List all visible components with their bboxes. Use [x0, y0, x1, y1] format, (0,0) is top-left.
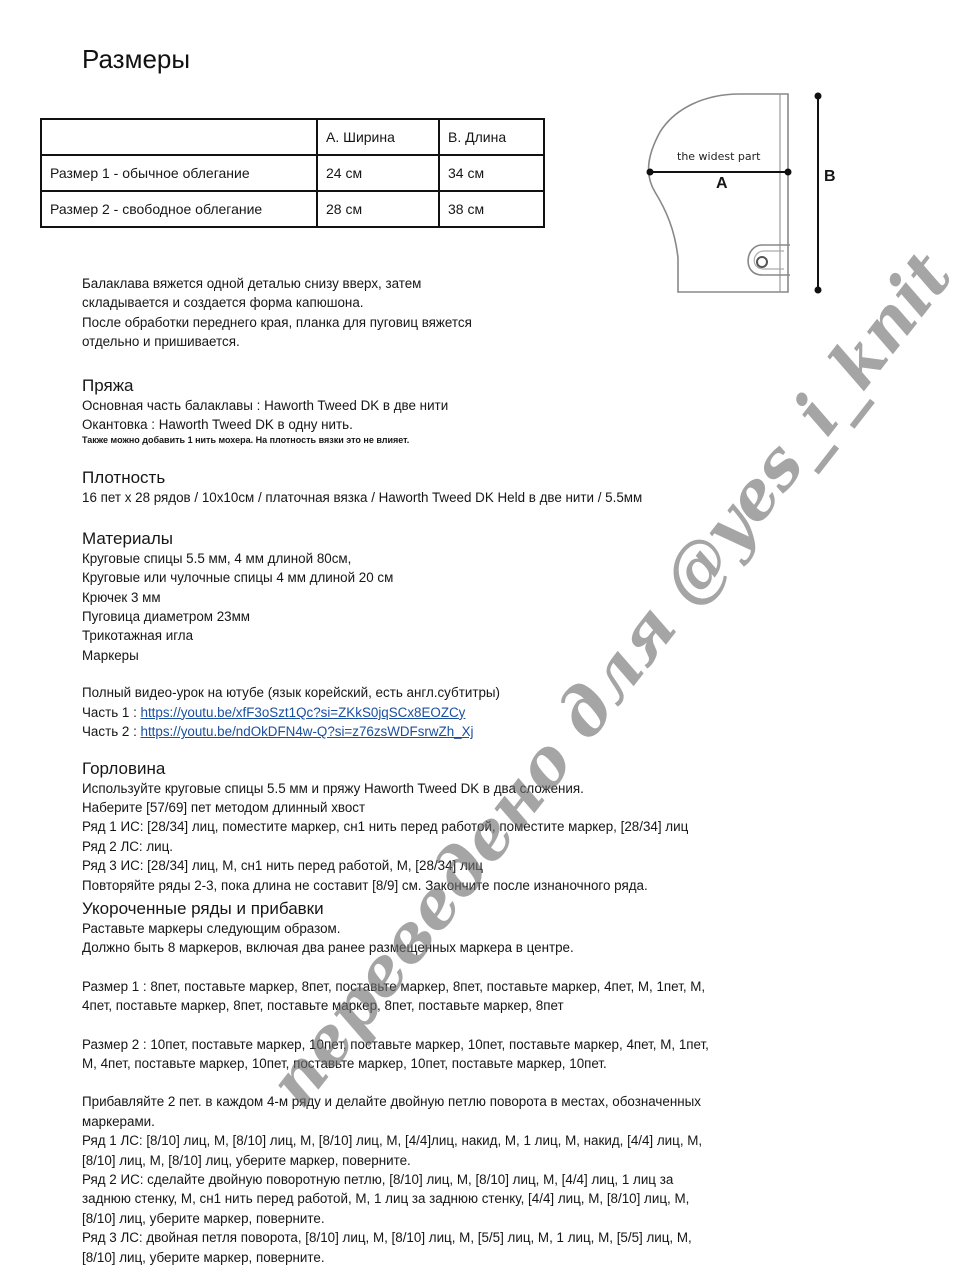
neck-line: Ряд 3 ИС: [28/34] лиц, М, сн1 нить перед… — [82, 856, 862, 875]
table-cell: Размер 1 - обычное облегание — [41, 155, 317, 191]
row-instruction: [8/10] лиц, уберите маркер, поверните. — [82, 1209, 862, 1228]
table-cell: Размер 2 - свободное облегание — [41, 191, 317, 227]
short-rows-intro: Должно быть 8 маркеров, включая два ране… — [82, 938, 862, 957]
row-instruction: маркерами. — [82, 1112, 862, 1131]
row-instruction: Прибавляйте 2 пет. в каждом 4-м ряду и д… — [82, 1092, 862, 1111]
intro-line: отдельно и пришивается. — [82, 332, 862, 351]
video-part-1: Часть 1 : https://youtu.be/xfF3oSzt1Qc?s… — [82, 703, 862, 722]
widest-part-label: the widest part — [677, 150, 760, 163]
row-instruction: Ряд 3 ЛС: двойная петля поворота, [8/10]… — [82, 1228, 862, 1247]
materials-heading: Материалы — [82, 528, 862, 549]
neck-line: Повторяйте ряды 2-3, пока длина не соста… — [82, 876, 862, 895]
table-row: Размер 1 - обычное облегание 24 см 34 см — [41, 155, 544, 191]
materials-item: Трикотажная игла — [82, 626, 862, 645]
row-instruction: [8/10] лиц, уберите маркер, поверните. — [82, 1248, 862, 1267]
table-row: Размер 2 - свободное облегание 28 см 38 … — [41, 191, 544, 227]
yarn-section: Пряжа Основная часть балаклавы : Haworth… — [82, 375, 862, 448]
size2-line: М, 4пет, поставьте маркер, 10пет, постав… — [82, 1054, 862, 1073]
video-part-2: Часть 2 : https://youtu.be/ndOkDFN4w-Q?s… — [82, 722, 862, 741]
gauge-line: 16 пет х 28 рядов / 10х10см / платочная … — [82, 488, 862, 507]
neck-line: Наберите [57/69] пет методом длинный хво… — [82, 798, 862, 817]
table-header-cell: A. Ширина — [317, 119, 439, 155]
video-link-2[interactable]: https://youtu.be/ndOkDFN4w-Q?si=z76zsWDF… — [141, 724, 474, 739]
page-title: Размеры — [82, 44, 190, 75]
materials-item: Крючек 3 мм — [82, 588, 862, 607]
short-rows-intro: Раставьте маркеры следующим образом. — [82, 919, 862, 938]
yarn-heading: Пряжа — [82, 375, 862, 396]
neck-section: Горловина Используйте круговые спицы 5.5… — [82, 758, 862, 895]
video-intro: Полный видео-урок на ютубе (язык корейск… — [82, 683, 862, 702]
materials-item: Круговые спицы 5.5 мм, 4 мм длиной 80см, — [82, 549, 862, 568]
pattern-content: Балаклава вяжется одной деталью снизу вв… — [82, 274, 862, 1267]
table-cell: 38 см — [439, 191, 544, 227]
row-instruction: заднюю стенку, М, сн1 нить перед работой… — [82, 1189, 862, 1208]
materials-section: Материалы Круговые спицы 5.5 мм, 4 мм дл… — [82, 528, 862, 665]
short-rows-heading: Укороченные ряды и прибавки — [82, 898, 862, 919]
row-instruction: Ряд 1 ЛС: [8/10] лиц, М, [8/10] лиц, М, … — [82, 1131, 862, 1150]
neck-line: Ряд 1 ИС: [28/34] лиц, поместите маркер,… — [82, 817, 862, 836]
intro-line: Балаклава вяжется одной деталью снизу вв… — [82, 274, 862, 293]
intro-line: складывается и создается форма капюшона. — [82, 293, 862, 312]
short-rows-section: Укороченные ряды и прибавки Раставьте ма… — [82, 898, 862, 1267]
table-cell: 24 см — [317, 155, 439, 191]
materials-item: Маркеры — [82, 646, 862, 665]
yarn-note: Также можно добавить 1 нить мохера. На п… — [82, 434, 862, 447]
size1-line: 4пет, поставьте маркер, 8пет, поставьте … — [82, 996, 862, 1015]
table-header-cell — [41, 119, 317, 155]
dimension-b-label: B — [824, 168, 836, 186]
gauge-heading: Плотность — [82, 467, 862, 488]
table-cell: 28 см — [317, 191, 439, 227]
gauge-section: Плотность 16 пет х 28 рядов / 10х10см / … — [82, 467, 862, 507]
intro-line: После обработки переднего края, планка д… — [82, 313, 862, 332]
row-instruction: Ряд 2 ИС: сделайте двойную поворотную пе… — [82, 1170, 862, 1189]
materials-item: Пуговица диаметром 23мм — [82, 607, 862, 626]
video-part-label: Часть 1 : — [82, 705, 141, 720]
table-header-cell: B. Длина — [439, 119, 544, 155]
yarn-line: Основная часть балаклавы : Haworth Tweed… — [82, 396, 862, 415]
size2-line: Размер 2 : 10пет, поставьте маркер, 10пе… — [82, 1035, 862, 1054]
intro-paragraph: Балаклава вяжется одной деталью снизу вв… — [82, 274, 862, 352]
neck-line: Используйте круговые спицы 5.5 мм и пряж… — [82, 779, 862, 798]
neck-line: Ряд 2 ЛС: лиц. — [82, 837, 862, 856]
size-table: A. Ширина B. Длина Размер 1 - обычное об… — [40, 118, 545, 228]
video-section: Полный видео-урок на ютубе (язык корейск… — [82, 683, 862, 741]
neck-heading: Горловина — [82, 758, 862, 779]
dimension-a-label: A — [716, 175, 728, 193]
size1-line: Размер 1 : 8пет, поставьте маркер, 8пет,… — [82, 977, 862, 996]
table-header-row: A. Ширина B. Длина — [41, 119, 544, 155]
video-part-label: Часть 2 : — [82, 724, 141, 739]
row-instruction: [8/10] лиц, М, [8/10] лиц, уберите марке… — [82, 1151, 862, 1170]
video-link-1[interactable]: https://youtu.be/xfF3oSzt1Qc?si=ZKkS0jqS… — [141, 705, 466, 720]
yarn-line: Окантовка : Haworth Tweed DK в одну нить… — [82, 415, 862, 434]
table-cell: 34 см — [439, 155, 544, 191]
materials-item: Круговые или чулочные спицы 4 мм длиной … — [82, 568, 862, 587]
